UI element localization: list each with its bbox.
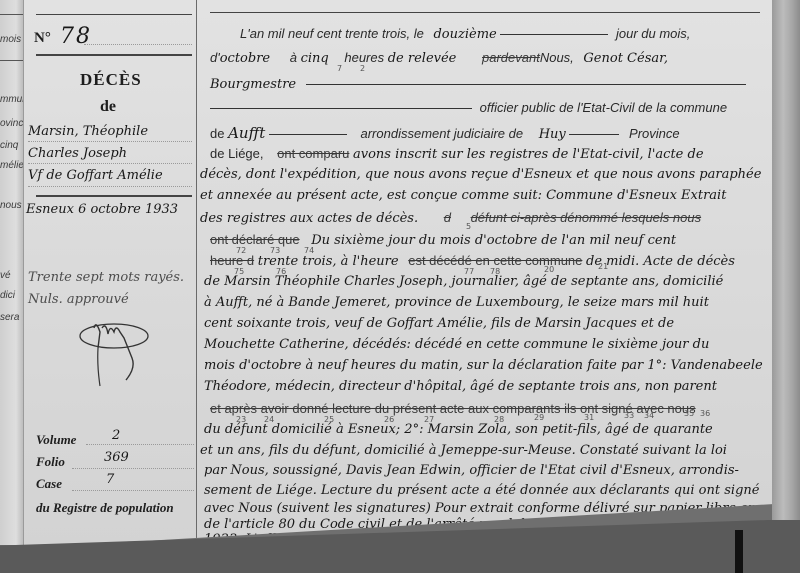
left-margin-column: N° 78 DÉCÈS de Marsin, Théophile Charles… [24,0,196,548]
correction-mark: 76 [276,267,286,276]
prev-page-fragment: ovinc [0,118,23,129]
dotted-rule [28,186,192,187]
officer-title: Bourgmestre [210,77,296,92]
correction-mark: 7 [337,64,342,73]
struck-printed-line: et après avoir donné lecture du présent … [210,401,696,416]
handwritten-line-defunt: des registres aux actes de décès. d défu… [200,210,701,226]
fill-rule [569,134,619,135]
act-line-5: de Aufft arrondissement judiciaire de Hu… [210,124,680,142]
handwritten-line: à Aufft, né à Bande Jemeret, province de… [204,295,709,310]
act-line-3: Bourgmestre [210,76,746,92]
top-rule [210,12,760,13]
correction-mark: 2 [360,64,365,73]
dotted-rule [72,490,194,491]
book-binding [772,0,800,573]
handwritten-line: par Nous, soussigné, Davis Jean Edwin, o… [204,463,739,478]
previous-page-edge: mois mmun ovinc cinq mélie nous vé dici … [0,0,24,545]
correction-mark: 72 [236,246,246,255]
handwritten-line: et un ans, fils du défunt, domicilié à J… [200,443,727,458]
act-line-4: officier public de l'Etat-Civil de la co… [210,100,727,115]
correction-mark: 31 [584,413,594,422]
volume-value: 2 [112,428,120,443]
period-value: de relevée [388,51,457,66]
background-post [735,530,743,573]
deceased-name-line: Vf de Goffart Amélie [28,168,163,183]
fill-rule [210,108,472,109]
correction-mark: 29 [534,413,544,422]
correction-mark: 23 [236,415,246,424]
officer-name: Genot César, [583,51,668,66]
deces-title: DÉCÈS [80,70,142,90]
act-line-1: L'an mil neuf cent trente trois, le douz… [240,26,690,42]
printed-text: arrondissement judiciaire de [361,126,524,141]
correction-mark: 24 [264,415,274,424]
printed-text: de [210,126,224,141]
prev-page-fragment: nous [0,200,22,211]
dotted-rule [28,163,192,164]
place-and-date: Esneux 6 octobre 1933 [26,202,178,217]
printed-text: jour du mois, [616,26,690,41]
handwritten-text: Du sixième jour du mois d'octobre de l'a… [311,233,676,248]
struck-text: ont comparu [277,146,349,161]
correction-mark: 78 [490,267,500,276]
handwritten-text: des registres aux actes de décès. [200,211,418,226]
fill-rule [269,134,347,135]
handwritten-line: avec Nous (suivent les signatures) Pour … [204,501,795,516]
deceased-name-line: Marsin, Théophile [28,124,148,139]
printed-text: officier public de l'Etat-Civil de la co… [480,100,727,115]
volume-label: Volume [36,432,76,448]
day-value: douzième [433,27,496,42]
margin-note-line: Trente sept mots rayés. [28,270,184,285]
handwritten-line: Mouchette Catherine, décédés: décédé en … [204,337,709,352]
prev-page-fragment: sera [0,312,19,323]
handwritten-line: cent soixante trois, veuf de Goffart Amé… [204,316,674,331]
struck-text: défunt ci-après dénommé lesquels nous [471,210,702,225]
printed-text: Province [629,126,680,141]
correction-mark: 35 [684,409,694,418]
top-rule [36,14,192,15]
correction-mark: 77 [464,267,474,276]
correction-mark: 36 [700,409,710,418]
section-rule [36,195,192,197]
struck-text: pardevant [482,50,540,65]
prev-page-fragment: mélie [0,160,24,171]
register-page: N° 78 DÉCÈS de Marsin, Théophile Charles… [24,0,772,548]
dotted-rule [28,141,192,142]
column-divider [196,0,197,560]
act-line-2: d'octobre à cinq heures de relevée parde… [210,50,668,66]
hour-value: cinq [301,51,329,66]
prev-page-rule [0,60,24,61]
correction-mark: 5 [466,222,471,231]
handwritten-line: du défunt domicilié à Esneux; 2°: Marsin… [204,422,713,437]
prev-page-rule [0,14,24,15]
handwritten-line: Théodore, médecin, directeur d'hôpital, … [204,379,717,394]
printed-text: heures [344,50,384,65]
prev-page-fragment: mois [0,34,21,45]
act-line-6: de Liége, ont comparu avons inscrit sur … [210,146,704,162]
printed-text: Nous, [540,50,574,65]
printed-text: L'an mil neuf cent trente trois, le [240,26,424,41]
margin-signature [76,318,156,388]
correction-mark: 25 [324,415,334,424]
correction-mark: 27 [424,415,434,424]
correction-mark: 73 [270,246,280,255]
correction-mark: 21 [598,262,608,271]
dotted-rule [84,44,192,45]
prev-page-fragment: mmun [0,94,24,105]
correction-mark: 28 [494,415,504,424]
fill-rule [500,34,608,35]
correction-mark: 33 [624,411,634,420]
handwritten-line: et annexée au présent acte, est conçue c… [200,188,726,203]
act-number-value: 78 [60,24,92,49]
handwritten-line: de Marsin Théophile Charles Joseph, jour… [204,274,723,289]
prev-page-fragment: dici [0,290,15,301]
margin-note-line: Nuls. approuvé [28,292,129,307]
struck-text: ont déclaré que [210,232,300,247]
dotted-rule [86,444,194,445]
struck-text: d [444,210,451,225]
case-value: 7 [106,472,114,487]
correction-mark: 20 [544,265,554,274]
arrondissement-value: Huy [539,127,566,142]
deces-de: de [100,98,116,116]
correction-mark: 26 [384,415,394,424]
printed-text: d' [210,50,220,65]
handwritten-line: décès, dont l'expédition, que nous avons… [200,167,761,182]
case-label: Case [36,476,62,492]
folio-value: 369 [104,450,129,465]
deceased-name-line: Charles Joseph [28,146,127,161]
dotted-rule [72,468,194,469]
correction-mark: 74 [304,246,314,255]
act-number-label: N° [34,30,51,47]
correction-mark: 75 [234,267,244,276]
month-value: octobre [220,51,270,66]
struck-text: heure d [210,253,254,268]
commune-value: Aufft [228,124,265,142]
handwritten-line: sement de Liége. Lecture du présent acte… [204,483,759,498]
prev-page-fragment: cinq [0,140,18,151]
correction-mark: 34 [644,411,654,420]
population-register-label: du Registre de population [36,500,174,516]
prev-page-fragment: vé [0,270,11,281]
handwritten-text: de midi. Acte de décès [586,254,735,269]
section-rule [36,54,192,56]
struck-text: est décédé en cette commune [408,253,582,268]
fill-rule [306,84,746,85]
folio-label: Folio [36,454,65,470]
printed-text: de Liége, [210,146,264,161]
handwritten-line: mois d'octobre à neuf heures du matin, s… [204,358,763,373]
handwritten-text: avons inscrit sur les registres de l'Eta… [353,147,704,162]
printed-text: à [290,50,297,65]
